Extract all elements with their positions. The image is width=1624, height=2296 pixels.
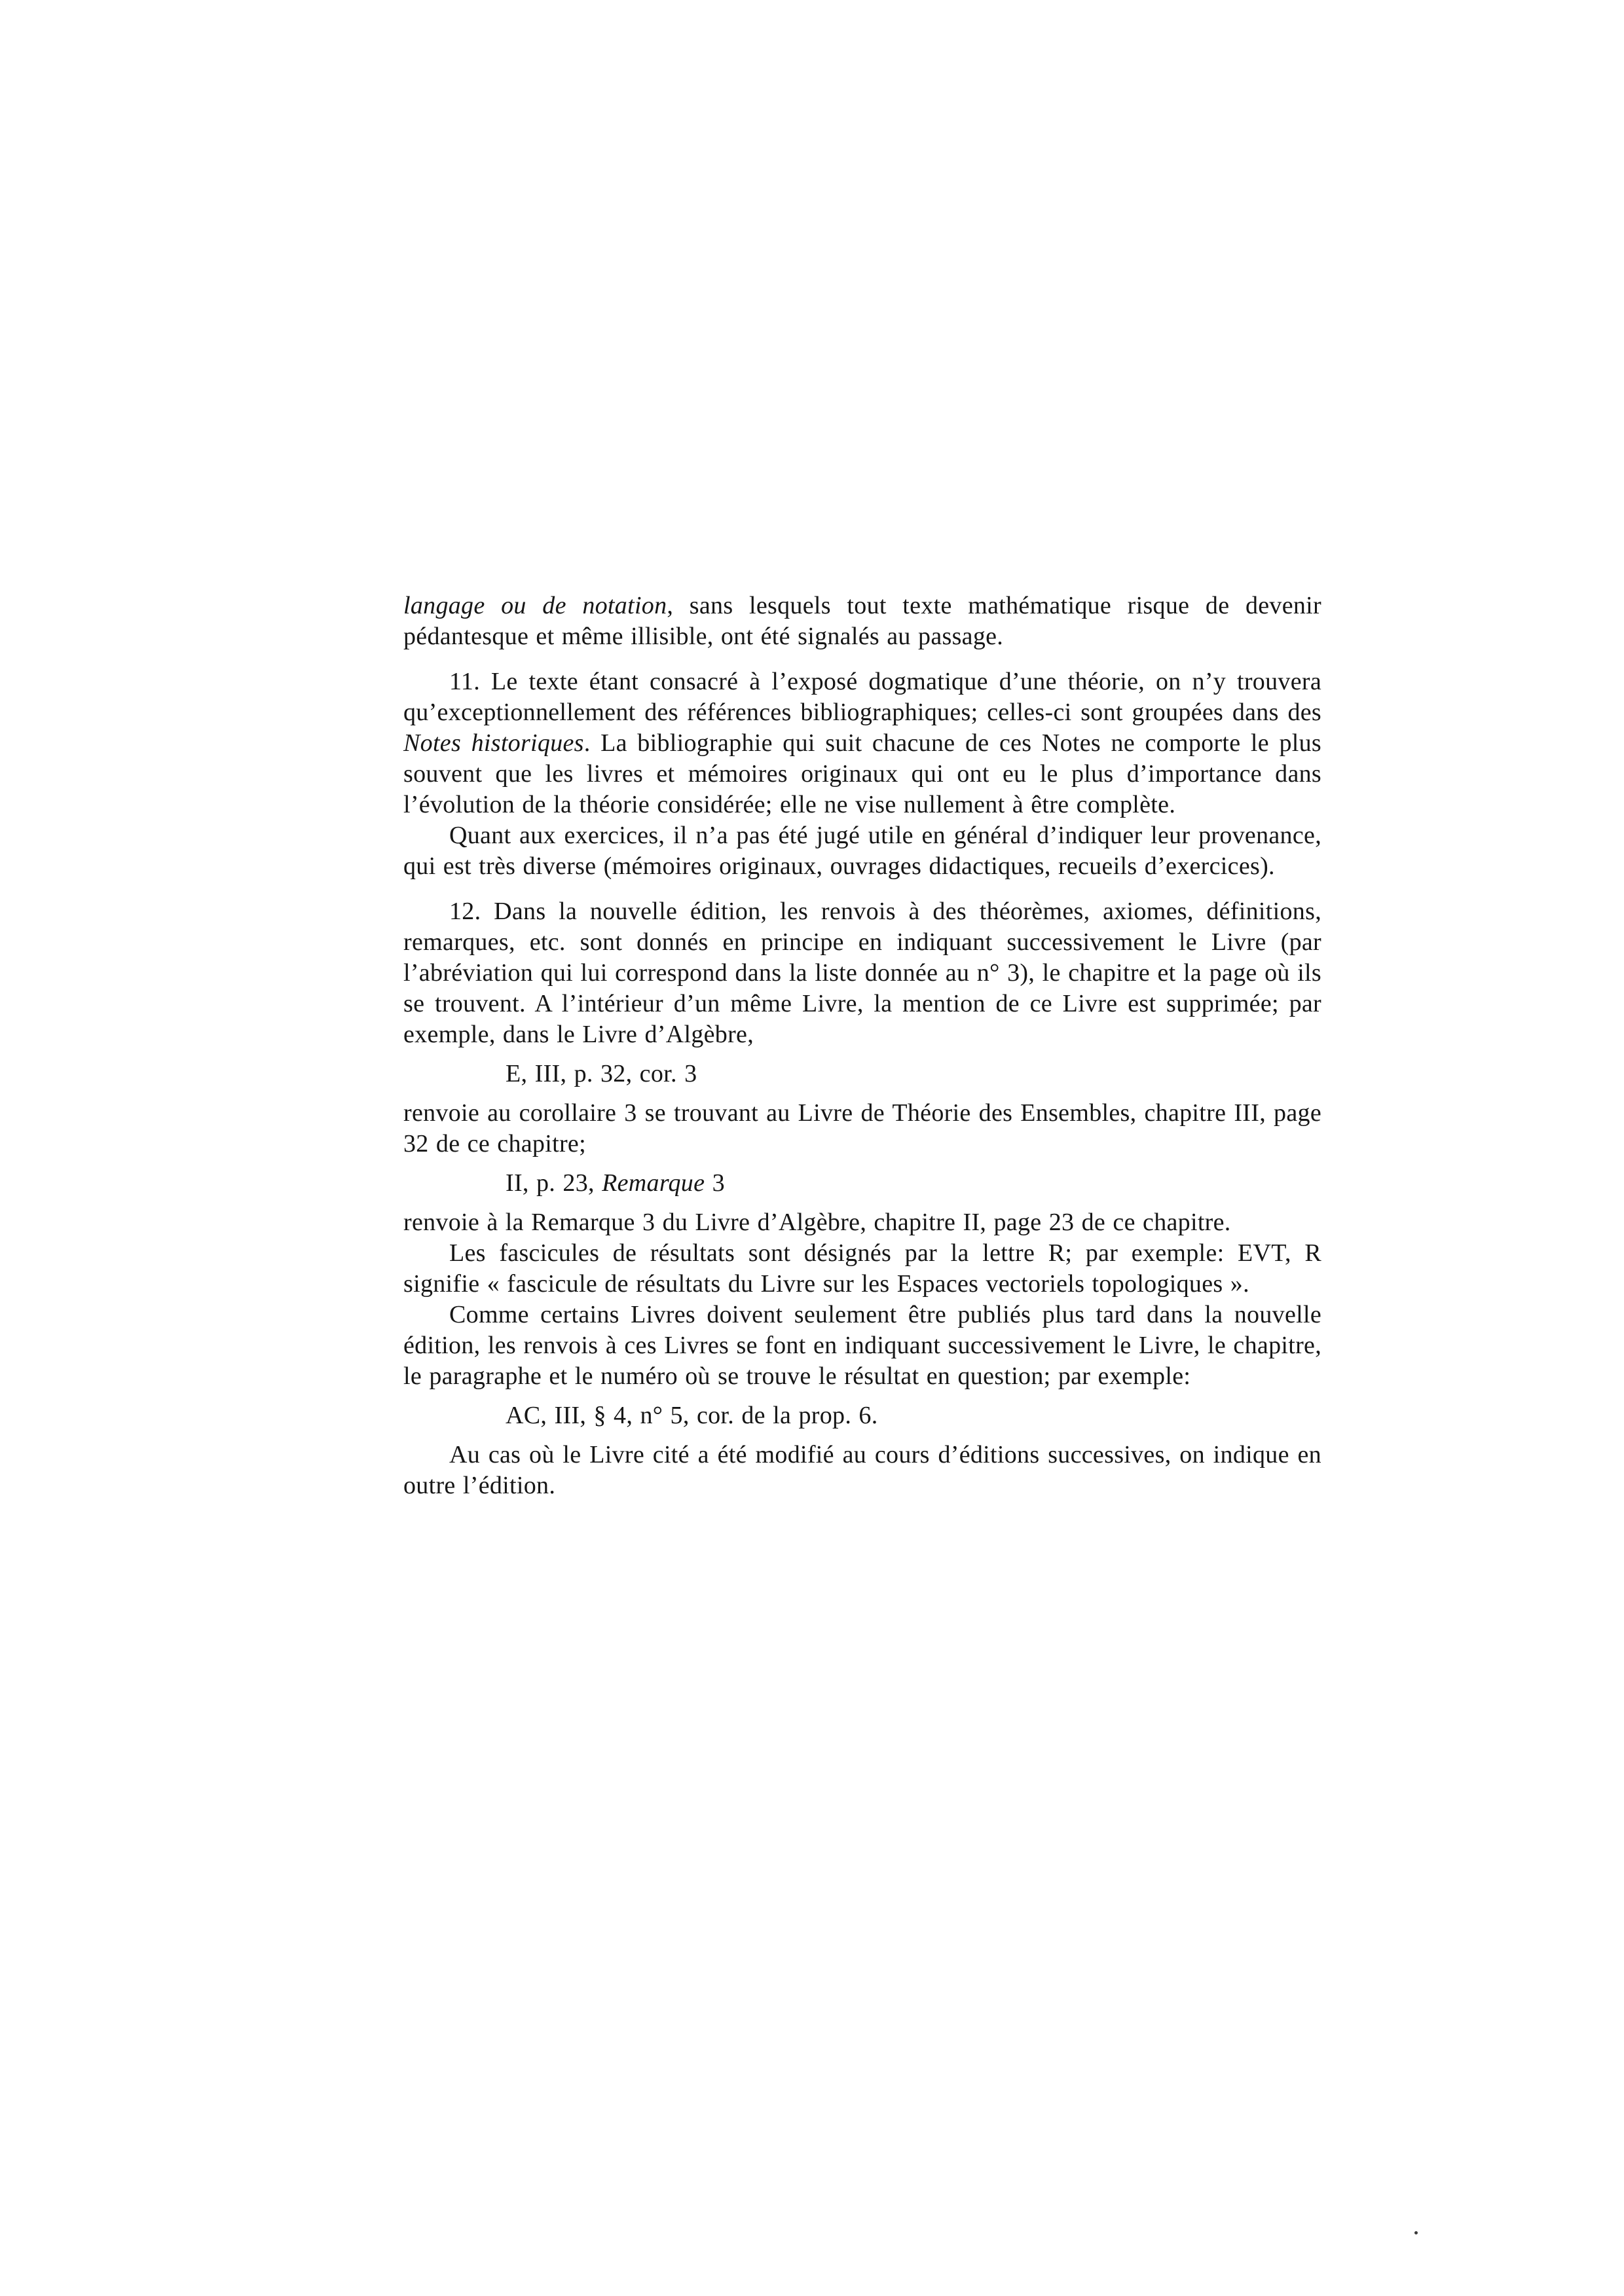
paragraph-11: 11. Le texte étant consacré à l’exposé d… xyxy=(403,666,1321,820)
example-reference-1: E, III, p. 32, cor. 3 xyxy=(403,1059,1321,1089)
paragraph-12: 12. Dans la nouvelle édition, les renvoi… xyxy=(403,896,1321,1050)
paragraph-comme: Comme certains Livres doivent seulement … xyxy=(403,1300,1321,1392)
example-2-text-before: II, p. 23, xyxy=(506,1169,602,1197)
example-reference-3: AC, III, § 4, n° 5, cor. de la prop. 6. xyxy=(403,1400,1321,1431)
paragraph-au-cas: Au cas où le Livre cité a été modifié au… xyxy=(403,1440,1321,1501)
example-reference-2: II, p. 23, Remarque 3 xyxy=(403,1168,1321,1199)
book-page: langage ou de notation, sans lesquels to… xyxy=(0,0,1624,2296)
example-2-text-after: 3 xyxy=(705,1169,725,1197)
paragraph-renvoie-2: renvoie à la Remarque 3 du Livre d’Algèb… xyxy=(403,1207,1321,1238)
paragraph-fascicules: Les fascicules de résultats sont désigné… xyxy=(403,1238,1321,1300)
paragraph-11-text-before: 11. Le texte étant consacré à l’exposé d… xyxy=(403,668,1321,726)
text-column: langage ou de notation, sans lesquels to… xyxy=(403,591,1321,1501)
paragraph-intro: langage ou de notation, sans lesquels to… xyxy=(403,591,1321,652)
paragraph-exercices: Quant aux exercices, il n’a pas été jugé… xyxy=(403,820,1321,882)
italic-phrase-langage: langage ou de notation xyxy=(403,592,667,619)
paragraph-renvoie-1: renvoie au corollaire 3 se trouvant au L… xyxy=(403,1098,1321,1159)
italic-phrase-notes-historiques: Notes historiques xyxy=(403,729,584,757)
italic-phrase-remarque: Remarque xyxy=(602,1169,705,1197)
scan-speck xyxy=(1414,2231,1418,2234)
